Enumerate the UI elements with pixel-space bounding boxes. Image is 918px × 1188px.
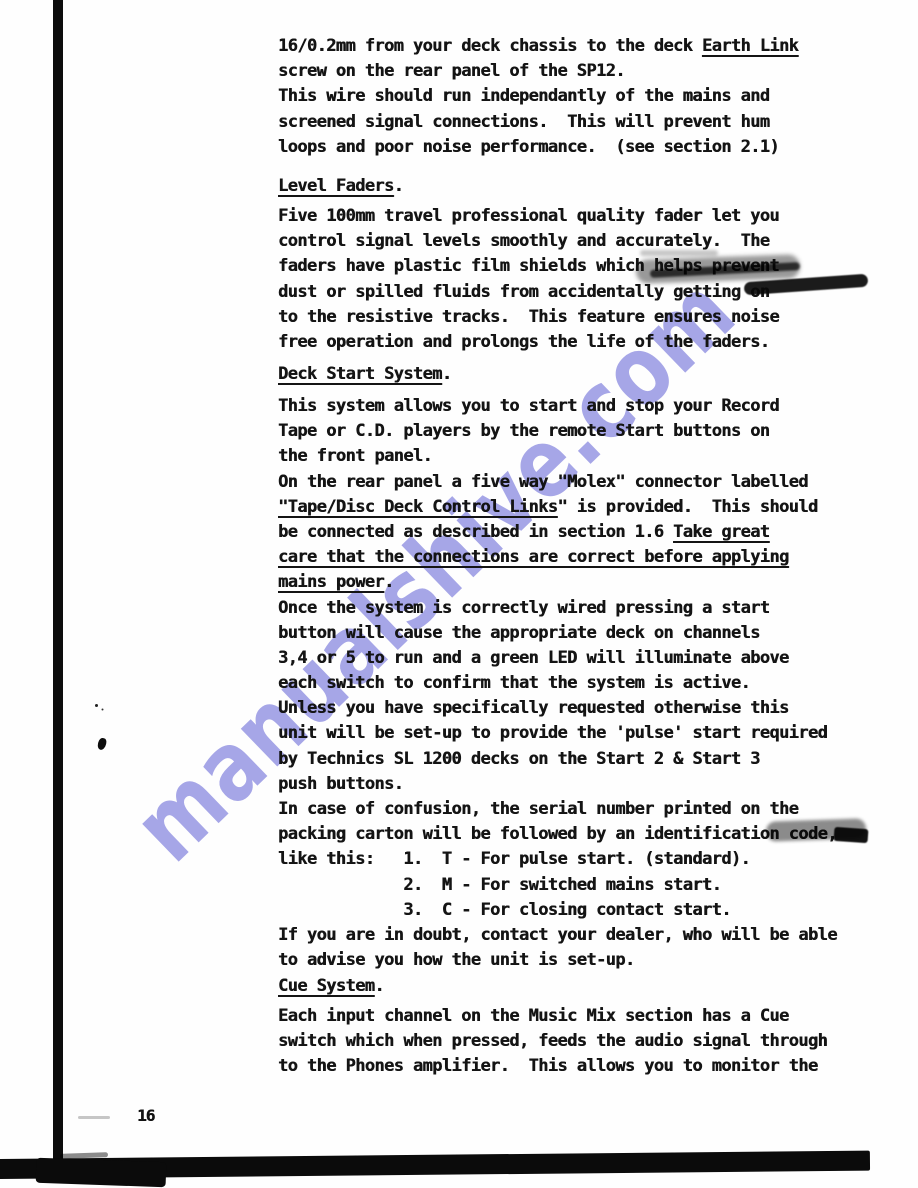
text-line: "Tape/Disc Deck Control Links" is provid… — [278, 495, 837, 520]
text-line: mains power. — [278, 570, 837, 595]
text-line: 2. M - For switched mains start. — [278, 873, 837, 898]
text-line: Once the system is correctly wired press… — [278, 596, 837, 621]
text-line: 3. C - For closing contact start. — [278, 898, 837, 923]
text-line: be connected as described in section 1.6… — [278, 520, 837, 545]
text-line: care that the connections are correct be… — [278, 545, 837, 570]
text-line: the front panel. — [278, 444, 837, 469]
text-line: 16/0.2mm from your deck chassis to the d… — [278, 34, 798, 59]
text-line: like this: 1. T - For pulse start. (stan… — [278, 847, 837, 872]
text-line: packing carton will be followed by an id… — [278, 822, 837, 847]
text-line: loops and poor noise performance. (see s… — [278, 135, 798, 160]
text-line: 3,4 or 5 to run and a green LED will ill… — [278, 646, 837, 671]
text-line: Five 100mm travel professional quality f… — [278, 204, 779, 229]
text-line: unit will be set-up to provide the 'puls… — [278, 721, 837, 746]
text-line: This wire should run independantly of th… — [278, 84, 798, 109]
paragraph: 16/0.2mm from your deck chassis to the d… — [278, 34, 798, 160]
text-line: On the rear panel a five way "Molex" con… — [278, 470, 837, 495]
text-line: In case of confusion, the serial number … — [278, 797, 837, 822]
text-line: button will cause the appropriate deck o… — [278, 621, 837, 646]
paragraph: Each input channel on the Music Mix sect… — [278, 1004, 827, 1080]
document-text: 16/0.2mm from your deck chassis to the d… — [0, 0, 918, 1188]
section-heading: Level Faders. — [278, 174, 403, 199]
page-number: 16 — [137, 1106, 154, 1125]
text-line: each switch to confirm that the system i… — [278, 671, 837, 696]
text-line: to the resistive tracks. This feature en… — [278, 305, 779, 330]
text-line: free operation and prolongs the life of … — [278, 330, 779, 355]
text-line: to advise you how the unit is set-up. — [278, 948, 837, 973]
text-line: dust or spilled fluids from accidentally… — [278, 280, 779, 305]
text-line: Tape or C.D. players by the remote Start… — [278, 419, 837, 444]
text-line: If you are in doubt, contact your dealer… — [278, 923, 837, 948]
scanned-page: manualshive.com 16/0.2mm from your deck … — [0, 0, 918, 1188]
text-line: to the Phones amplifier. This allows you… — [278, 1054, 827, 1079]
section-heading: Cue System. — [278, 974, 384, 999]
text-line: by Technics SL 1200 decks on the Start 2… — [278, 747, 837, 772]
text-line: Level Faders. — [278, 174, 403, 199]
text-line: faders have plastic film shields which h… — [278, 254, 779, 279]
paragraph: Five 100mm travel professional quality f… — [278, 204, 779, 355]
text-line: screened signal connections. This will p… — [278, 110, 798, 135]
text-line: Unless you have specifically requested o… — [278, 696, 837, 721]
paragraph: This system allows you to start and stop… — [278, 394, 837, 973]
section-heading: Deck Start System. — [278, 362, 451, 387]
text-line: This system allows you to start and stop… — [278, 394, 837, 419]
text-line: Deck Start System. — [278, 362, 451, 387]
text-line: switch which when pressed, feeds the aud… — [278, 1029, 827, 1054]
text-line: push buttons. — [278, 772, 837, 797]
text-line: control signal levels smoothly and accur… — [278, 229, 779, 254]
text-line: screw on the rear panel of the SP12. — [278, 59, 798, 84]
text-line: Cue System. — [278, 974, 384, 999]
text-line: Each input channel on the Music Mix sect… — [278, 1004, 827, 1029]
